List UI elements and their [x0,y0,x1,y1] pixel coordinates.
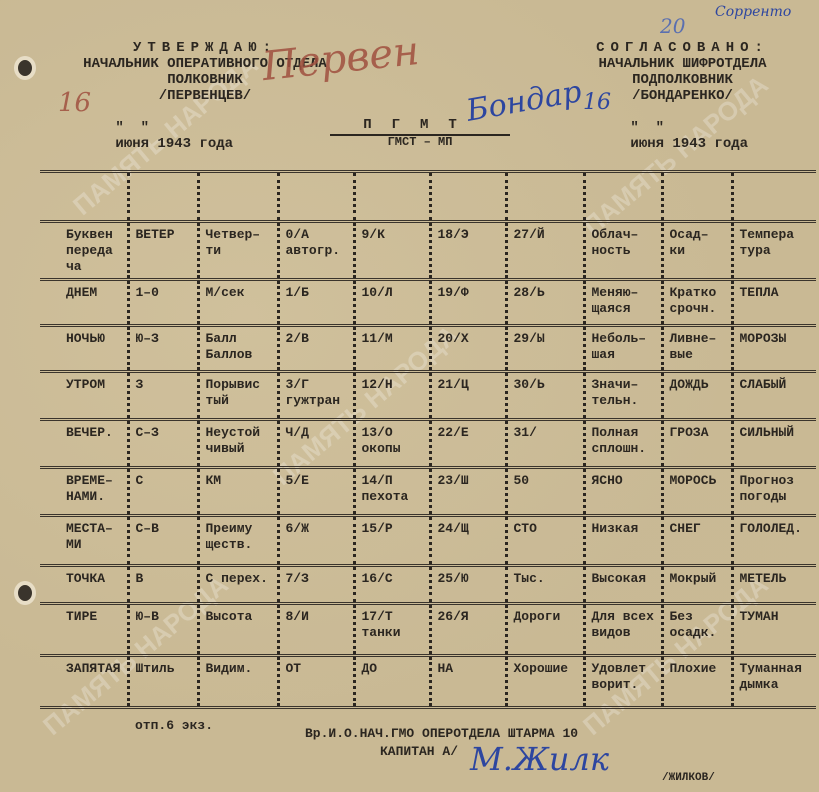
table-cell: ВЕЧЕР. [40,420,128,468]
table-cell: Хорошие [506,656,584,708]
table-row: ДНЕМ1–0М/сек1/Б10/Л19/Ф28/ЬМеняю– щаясяК… [40,280,816,326]
table-cell: Прогноз погоды [732,468,816,516]
table-row: МЕСТА– МИС–ВПреиму ществ.6/Ж15/Р24/ЩСТОН… [40,516,816,566]
table-cell: 5/Е [278,468,354,516]
table-cell: Облач– ность [584,222,662,280]
table-row: ТИРЕЮ–ВВысота8/И17/Т танки26/ЯДорогиДля … [40,604,816,656]
table-cell: 29/Ы [506,326,584,372]
table-cell: 31/ [506,420,584,468]
table-cell: 10/Л [354,280,430,326]
table-cell: Видим. [198,656,278,708]
table-cell: ВЕТЕР [128,222,198,280]
table-cell: Мокрый [662,566,732,604]
table-cell: ГОЛОЛЕД. [732,516,816,566]
table-cell [732,172,816,222]
table-cell: 8/И [278,604,354,656]
table-cell: ТИРЕ [40,604,128,656]
table-cell: Буквен переда ча [40,222,128,280]
table-cell: 3/Г гужтран [278,372,354,420]
table-cell: Преиму ществ. [198,516,278,566]
table-row: ВЕЧЕР.С–ЗНеустой чивыйЧ/Д13/О окопы22/Е3… [40,420,816,468]
table-cell: 14/П пехота [354,468,430,516]
signer-position: Вр.И.О.НАЧ.ГМО ОПЕРОТДЕЛА ШТАРМА 10 [305,726,578,741]
table-cell: Ливне– вые [662,326,732,372]
table-cell: 23/Ш [430,468,506,516]
table-cell: ВРЕМЕ– НАМИ. [40,468,128,516]
table-cell: В [128,566,198,604]
document-page: ПАМЯТЬ НАРОДА ПАМЯТЬ НАРОДА ПАМЯТЬ НАРОД… [0,0,819,792]
table-cell: ДНЕМ [40,280,128,326]
table-cell: Порывис тый [198,372,278,420]
table-cell [430,172,506,222]
table-cell: С–В [128,516,198,566]
table-row [40,172,816,222]
handwritten-signature: Первен [260,28,421,90]
table-cell: Значи– тельн. [584,372,662,420]
handwritten-note: Сорренто [715,4,791,20]
table-cell: УТРОМ [40,372,128,420]
table-cell: 28/Ь [506,280,584,326]
table-cell: Дороги [506,604,584,656]
table-cell: Удовлет ворит. [584,656,662,708]
table-cell: ДО [354,656,430,708]
table-cell: ГРОЗА [662,420,732,468]
code-table: Буквен переда чаВЕТЕРЧетвер– ти0/А автог… [40,170,816,709]
table-cell: 15/Р [354,516,430,566]
table-cell: СТО [506,516,584,566]
table-cell [198,172,278,222]
punch-hole [18,585,32,601]
table-cell: Кратко срочн. [662,280,732,326]
table-cell: Неболь– шая [584,326,662,372]
table-row: Буквен переда чаВЕТЕРЧетвер– ти0/А автог… [40,222,816,280]
table-cell: МОРОСЬ [662,468,732,516]
page-number: 20 [660,14,685,38]
table-cell: 2/В [278,326,354,372]
table-cell: 24/Щ [430,516,506,566]
table-cell: СИЛЬНЫЙ [732,420,816,468]
table-cell [278,172,354,222]
title-main: ПГМТ [330,117,510,136]
approval-date: июня 1943 года [630,136,748,152]
table-cell: 13/О окопы [354,420,430,468]
table-cell: 30/Ь [506,372,584,420]
table-cell: Тыс. [506,566,584,604]
table-cell: Балл Баллов [198,326,278,372]
table-cell: 16/С [354,566,430,604]
approval-position: НАЧАЛЬНИК ШИФРОТДЕЛА [550,56,815,72]
copies-note: отп.6 экз. [135,718,213,733]
table-cell: 25/Ю [430,566,506,604]
signer-rank: КАПИТАН А/ [380,744,458,759]
table-cell: 6/Ж [278,516,354,566]
table-cell: ТЕПЛА [732,280,816,326]
table-row: ВРЕМЕ– НАМИ.СКМ5/Е14/П пехота23/Ш50ЯСНОМ… [40,468,816,516]
table-cell: 11/М [354,326,430,372]
table-cell: Осад– ки [662,222,732,280]
handwritten-day: 16 [583,90,611,115]
approval-heading: СОГЛАСОВАНО: [550,40,815,56]
table-cell: Ч/Д [278,420,354,468]
table-cell: СНЕГ [662,516,732,566]
punch-hole [18,60,32,76]
table-cell: С [128,468,198,516]
table-row: ЗАПЯТАЯШтильВидим.ОТДОНАХорошиеУдовлет в… [40,656,816,708]
table-cell: ТОЧКА [40,566,128,604]
table-cell: ТУМАН [732,604,816,656]
table-row: НОЧЬЮЮ–ЗБалл Баллов2/В11/М20/Х29/ЫНеболь… [40,326,816,372]
table-cell: 19/Ф [430,280,506,326]
table-cell: 12/Н [354,372,430,420]
approval-date: июня 1943 года [115,136,233,152]
title-sub: ГМСТ – МП [330,136,510,148]
table-cell: Для всех видов [584,604,662,656]
table-cell: Полная сплошн. [584,420,662,468]
table-cell [128,172,198,222]
table-cell: Высокая [584,566,662,604]
table-cell: НА [430,656,506,708]
table-cell: МЕТЕЛЬ [732,566,816,604]
table-cell: КМ [198,468,278,516]
table-row: УТРОМЗПорывис тый3/Г гужтран12/Н21/Ц30/Ь… [40,372,816,420]
table-cell: Высота [198,604,278,656]
table-cell: Ю–З [128,326,198,372]
table-cell: ЗАПЯТАЯ [40,656,128,708]
table-cell: 27/Й [506,222,584,280]
table-cell: МОРОЗЫ [732,326,816,372]
table-cell: 26/Я [430,604,506,656]
table-cell: 22/Е [430,420,506,468]
table-cell: НОЧЬЮ [40,326,128,372]
table-cell: Меняю– щаяся [584,280,662,326]
table-cell: Низкая [584,516,662,566]
table-cell: Ю–В [128,604,198,656]
table-cell: С перех. [198,566,278,604]
table-cell: 18/Э [430,222,506,280]
date-quote: " " [630,120,664,136]
table-cell [40,172,128,222]
table-cell: 9/К [354,222,430,280]
handwritten-signature: М.Жилк [470,740,609,778]
table-cell: Темпера тура [732,222,816,280]
document-title: ПГМТ ГМСТ – МП [330,117,510,148]
table-cell: ОТ [278,656,354,708]
table-cell: С–З [128,420,198,468]
table-cell: ДОЖДЬ [662,372,732,420]
table-cell: 0/А автогр. [278,222,354,280]
table-cell: Без осадк. [662,604,732,656]
table-cell: Неустой чивый [198,420,278,468]
table-cell: З [128,372,198,420]
table-cell: Туманная дымка [732,656,816,708]
signer-name: /ЖИЛКОВ/ [662,772,715,784]
table-cell: ЯСНО [584,468,662,516]
table-cell: 17/Т танки [354,604,430,656]
date-quote: " " [115,120,149,136]
handwritten-day: 16 [58,88,91,118]
approval-name: /ПЕРВЕНЦЕВ/ [55,88,355,104]
table-cell [662,172,732,222]
table-cell [354,172,430,222]
table-cell: СЛАБЫЙ [732,372,816,420]
table-cell [506,172,584,222]
table-cell: 20/Х [430,326,506,372]
table-row: ТОЧКАВС перех.7/З16/С25/ЮТыс.ВысокаяМокр… [40,566,816,604]
table-cell: МЕСТА– МИ [40,516,128,566]
table-cell: Штиль [128,656,198,708]
table-cell: 50 [506,468,584,516]
approval-rank: ПОДПОЛКОВНИК [550,72,815,88]
table-cell [584,172,662,222]
table-cell: 7/З [278,566,354,604]
table-cell: М/сек [198,280,278,326]
table-cell: Четвер– ти [198,222,278,280]
table-cell: 1/Б [278,280,354,326]
table-cell: 1–0 [128,280,198,326]
table-cell: 21/Ц [430,372,506,420]
table-cell: Плохие [662,656,732,708]
